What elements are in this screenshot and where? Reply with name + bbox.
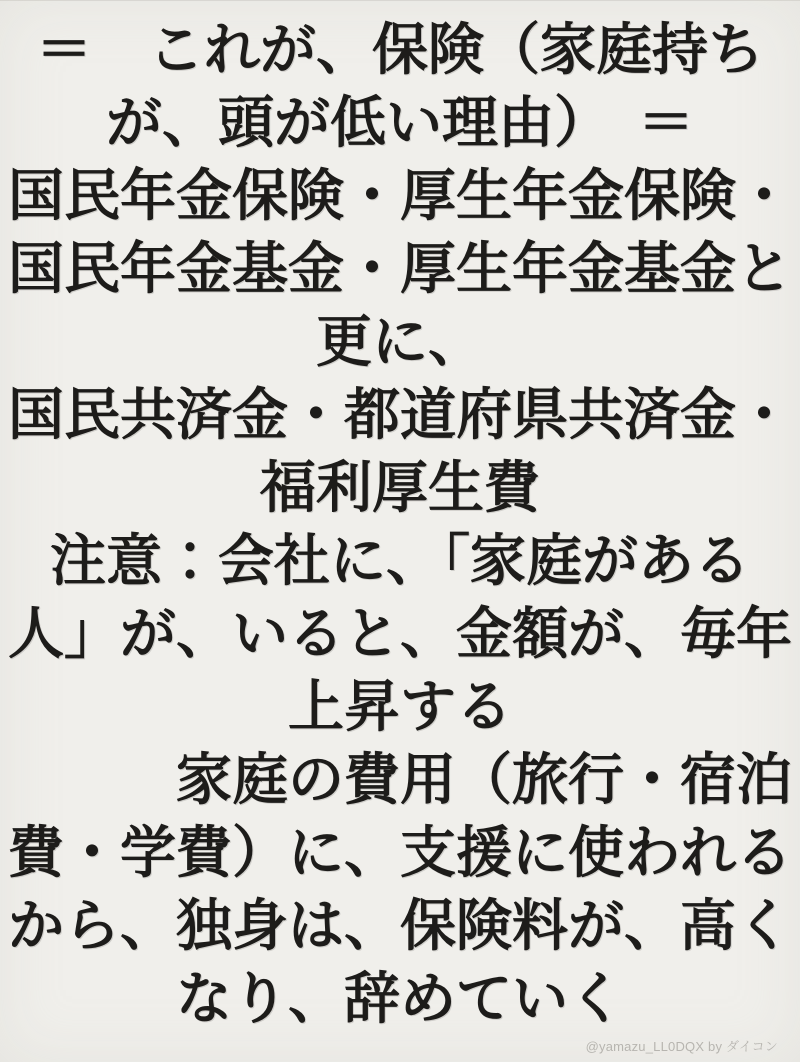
text-block: ＝ これが、保険（家庭持ち が、頭が低い理由） ＝ 国民年金保険・厚生年金保険・… [0, 0, 800, 1035]
text-line: 国民共済金・都道府県共済金・ [0, 378, 800, 451]
text-line: 更に、 [0, 305, 800, 378]
page-background: ＝ これが、保険（家庭持ち が、頭が低い理由） ＝ 国民年金保険・厚生年金保険・… [0, 0, 800, 1062]
text-line: ＝ これが、保険（家庭持ち [0, 13, 800, 86]
text-line: 上昇する [0, 670, 800, 743]
text-line: 国民年金基金・厚生年金基金と [0, 232, 800, 305]
text-line: 費・学費）に、支援に使われる [0, 816, 800, 889]
text-line: 家庭の費用（旅行・宿泊 [0, 743, 800, 816]
text-line: なり、辞めていく [0, 962, 800, 1035]
text-line: 人」が、いると、金額が、毎年 [0, 597, 800, 670]
text-line: から、独身は、保険料が、高く [0, 889, 800, 962]
watermark-credit: @yamazu_LL0DQX by ダイコン [586, 1036, 778, 1055]
text-line: 国民年金保険・厚生年金保険・ [0, 159, 800, 232]
text-line: が、頭が低い理由） ＝ [0, 86, 800, 159]
text-line: 福利厚生費 [0, 451, 800, 524]
text-line: 注意：会社に、「家庭がある [0, 524, 800, 597]
